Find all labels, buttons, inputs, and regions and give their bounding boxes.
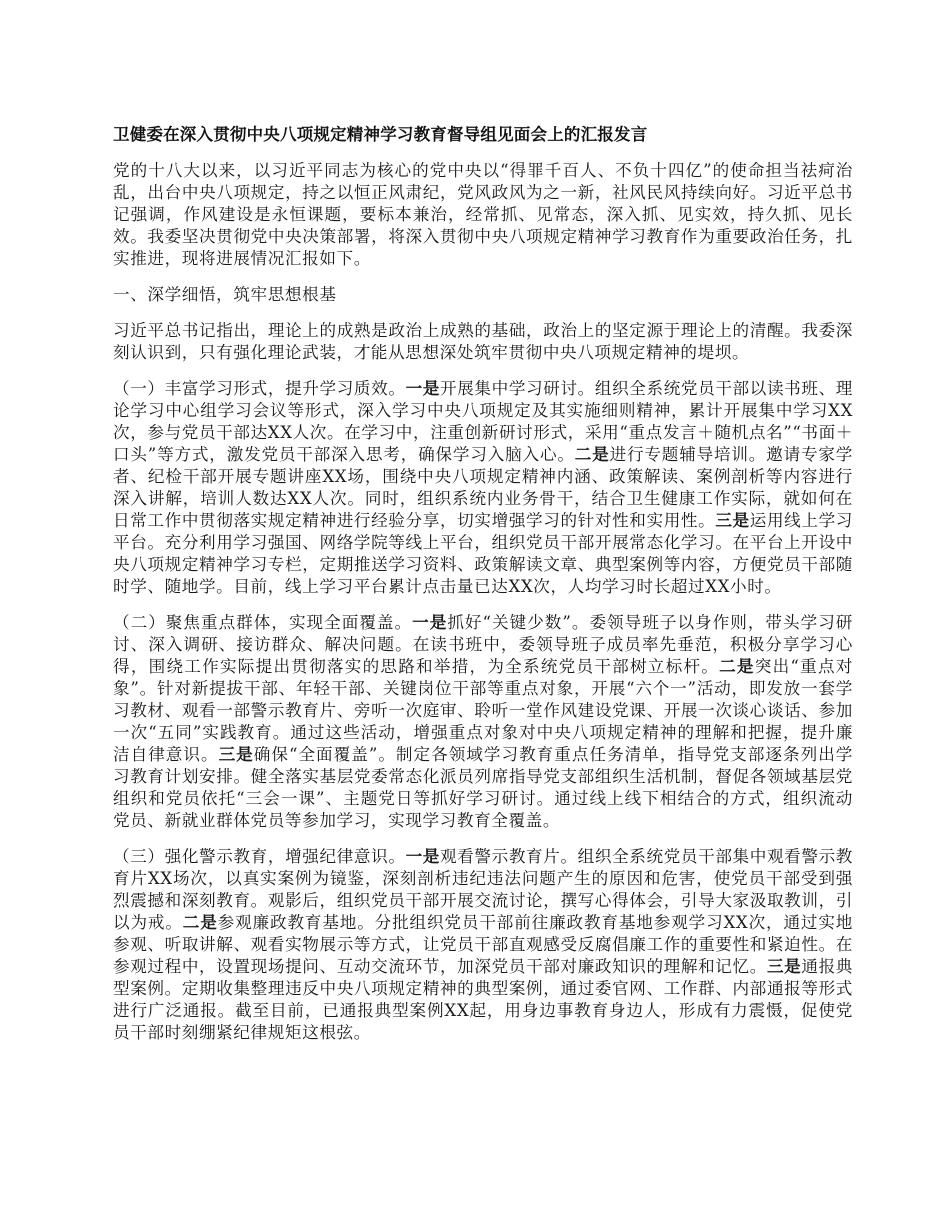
keyword-second: 二是 [575, 445, 610, 464]
section-1-lead-paragraph: 习近平总书记指出，理论上的成熟是政治上成熟的基础，政治上的坚定源于理论上的清醒。… [113, 320, 853, 364]
keyword-third: 三是 [715, 511, 749, 530]
keyword-first: 一是 [406, 847, 440, 866]
text: 参观廉政教育基地。分批组织党员干部前往廉政教育基地参观学习XX次，通过实地参观、… [113, 913, 853, 976]
keyword-second: 二是 [719, 657, 755, 676]
keyword-first: 一是 [412, 613, 447, 632]
intro-paragraph: 党的十八大以来，以习近平同志为核心的党中央以“得罪千百人、不负十四亿”的使命担当… [113, 160, 853, 270]
subsection-2-heading: （二）聚焦重点群体，实现全面覆盖。 [113, 613, 412, 632]
subsection-1-heading: （一）丰富学习形式，提升学习质效。 [113, 379, 406, 398]
keyword-third: 三是 [767, 957, 801, 976]
subsection-3-heading: （三）强化警示教育，增强纪律意识。 [113, 847, 406, 866]
document-page: 卫健委在深入贯彻中央八项规定精神学习教育督导组见面会上的汇报发言 党的十八大以来… [113, 124, 853, 1058]
document-title: 卫健委在深入贯彻中央八项规定精神学习教育督导组见面会上的汇报发言 [113, 124, 853, 146]
keyword-first: 一是 [406, 379, 440, 398]
keyword-third: 三是 [219, 745, 254, 764]
keyword-second: 二是 [183, 913, 218, 932]
section-1-heading: 一、深学细悟，筑牢思想根基 [113, 284, 853, 306]
subsection-2-paragraph: （二）聚焦重点群体，实现全面覆盖。一是抓好“关键少数”。委领导班子以身作则，带头… [113, 612, 853, 832]
subsection-1-paragraph: （一）丰富学习形式，提升学习质效。一是开展集中学习研讨。组织全系统党员干部以读书… [113, 378, 853, 598]
subsection-3-paragraph: （三）强化警示教育，增强纪律意识。一是观看警示教育片。组织全系统党员干部集中观看… [113, 846, 853, 1044]
